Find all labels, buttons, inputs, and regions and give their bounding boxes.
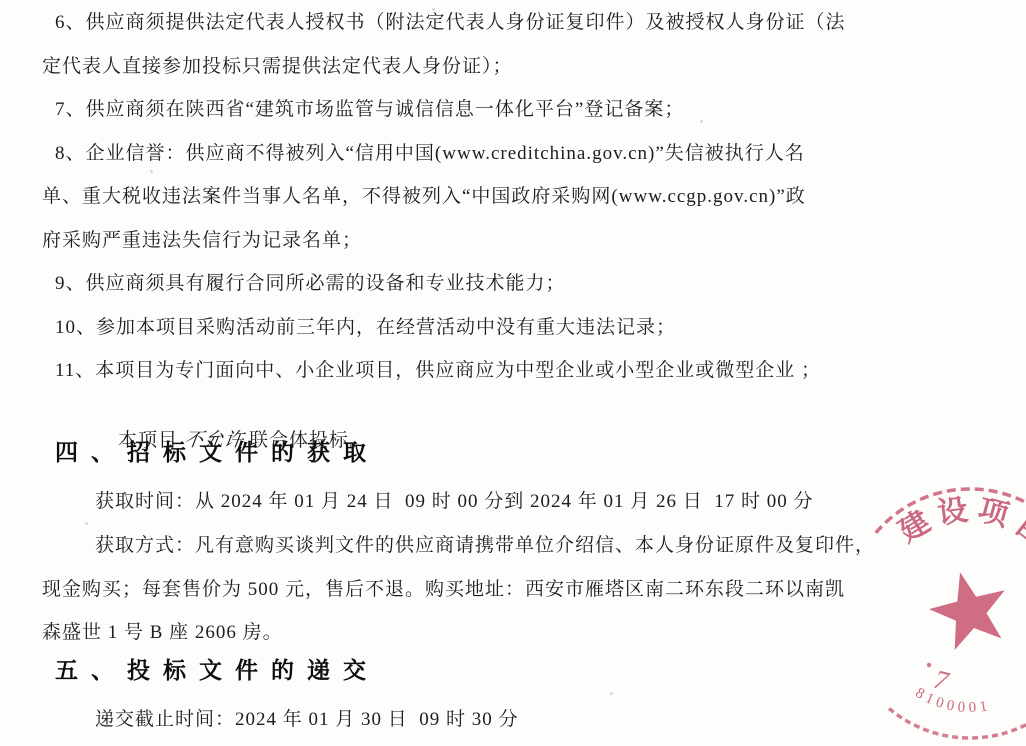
seal-handwritten-mark: 7: [931, 664, 953, 697]
scan-speck: [85, 522, 88, 525]
requirement-8-line-1: 8、企业信誉：供应商不得被列入“信用中国(www.creditchina.gov…: [55, 141, 805, 167]
requirement-8-line-3: 府采购严重违法失信行为记录名单；: [42, 228, 362, 254]
requirement-6-line-1: 6、供应商须提供法定代表人授权书（附法定代表人身份证复印件）及被授权人身份证（法: [55, 10, 846, 36]
scan-speck: [150, 170, 153, 173]
scanned-document-page: 6、供应商须提供法定代表人授权书（附法定代表人身份证复印件）及被授权人身份证（法…: [0, 0, 1026, 746]
requirement-9-line: 9、供应商须具有履行合同所必需的设备和专业技术能力；: [55, 271, 566, 297]
red-seal-stamp: 建设项目 7 8100001: [850, 460, 1026, 746]
seal-serial-number: 8100001: [912, 685, 992, 716]
requirement-8-line-2: 单、重大税收违法案件当事人名单，不得被列入“中国政府采购网(www.ccgp.g…: [42, 184, 806, 210]
scan-speck: [700, 120, 703, 123]
acquisition-time-line: 获取时间：从 2024 年 01 月 24 日 09 时 00 分到 2024 …: [95, 489, 814, 515]
submission-deadline-line: 递交截止时间：2024 年 01 月 30 日 09 时 30 分: [95, 707, 519, 733]
scan-speck: [610, 692, 613, 695]
requirement-10-line: 10、参加本项目采购活动前三年内，在经营活动中没有重大违法记录；: [55, 315, 676, 341]
section-5-heading: 五、投标文件的递交: [55, 658, 379, 684]
seal-ink-dot: [927, 663, 931, 667]
acquisition-method-line-2: 现金购买；每套售价为 500 元，售后不退。购买地址：西安市雁塔区南二环东段二环…: [42, 577, 845, 603]
requirement-7-line: 7、供应商须在陕西省“建筑市场监管与诚信信息一体化平台”登记备案；: [55, 97, 684, 123]
acquisition-method-line-3: 森盛世 1 号 B 座 2606 房。: [42, 620, 283, 646]
requirement-6-line-2: 定代表人直接参加投标只需提供法定代表人身份证）；: [42, 54, 513, 80]
acquisition-method-line-1: 获取方式：凡有意购买谈判文件的供应商请携带单位介绍信、本人身份证原件及复印件，: [95, 533, 875, 559]
requirement-11-line: 11、本项目为专门面向中、小企业项目，供应商应为中型企业或小型企业或微型企业 ；: [55, 358, 821, 384]
section-4-heading: 四、招标文件的获取: [55, 440, 379, 466]
seal-star-icon: [922, 563, 1016, 654]
scan-speck: [432, 8, 435, 11]
